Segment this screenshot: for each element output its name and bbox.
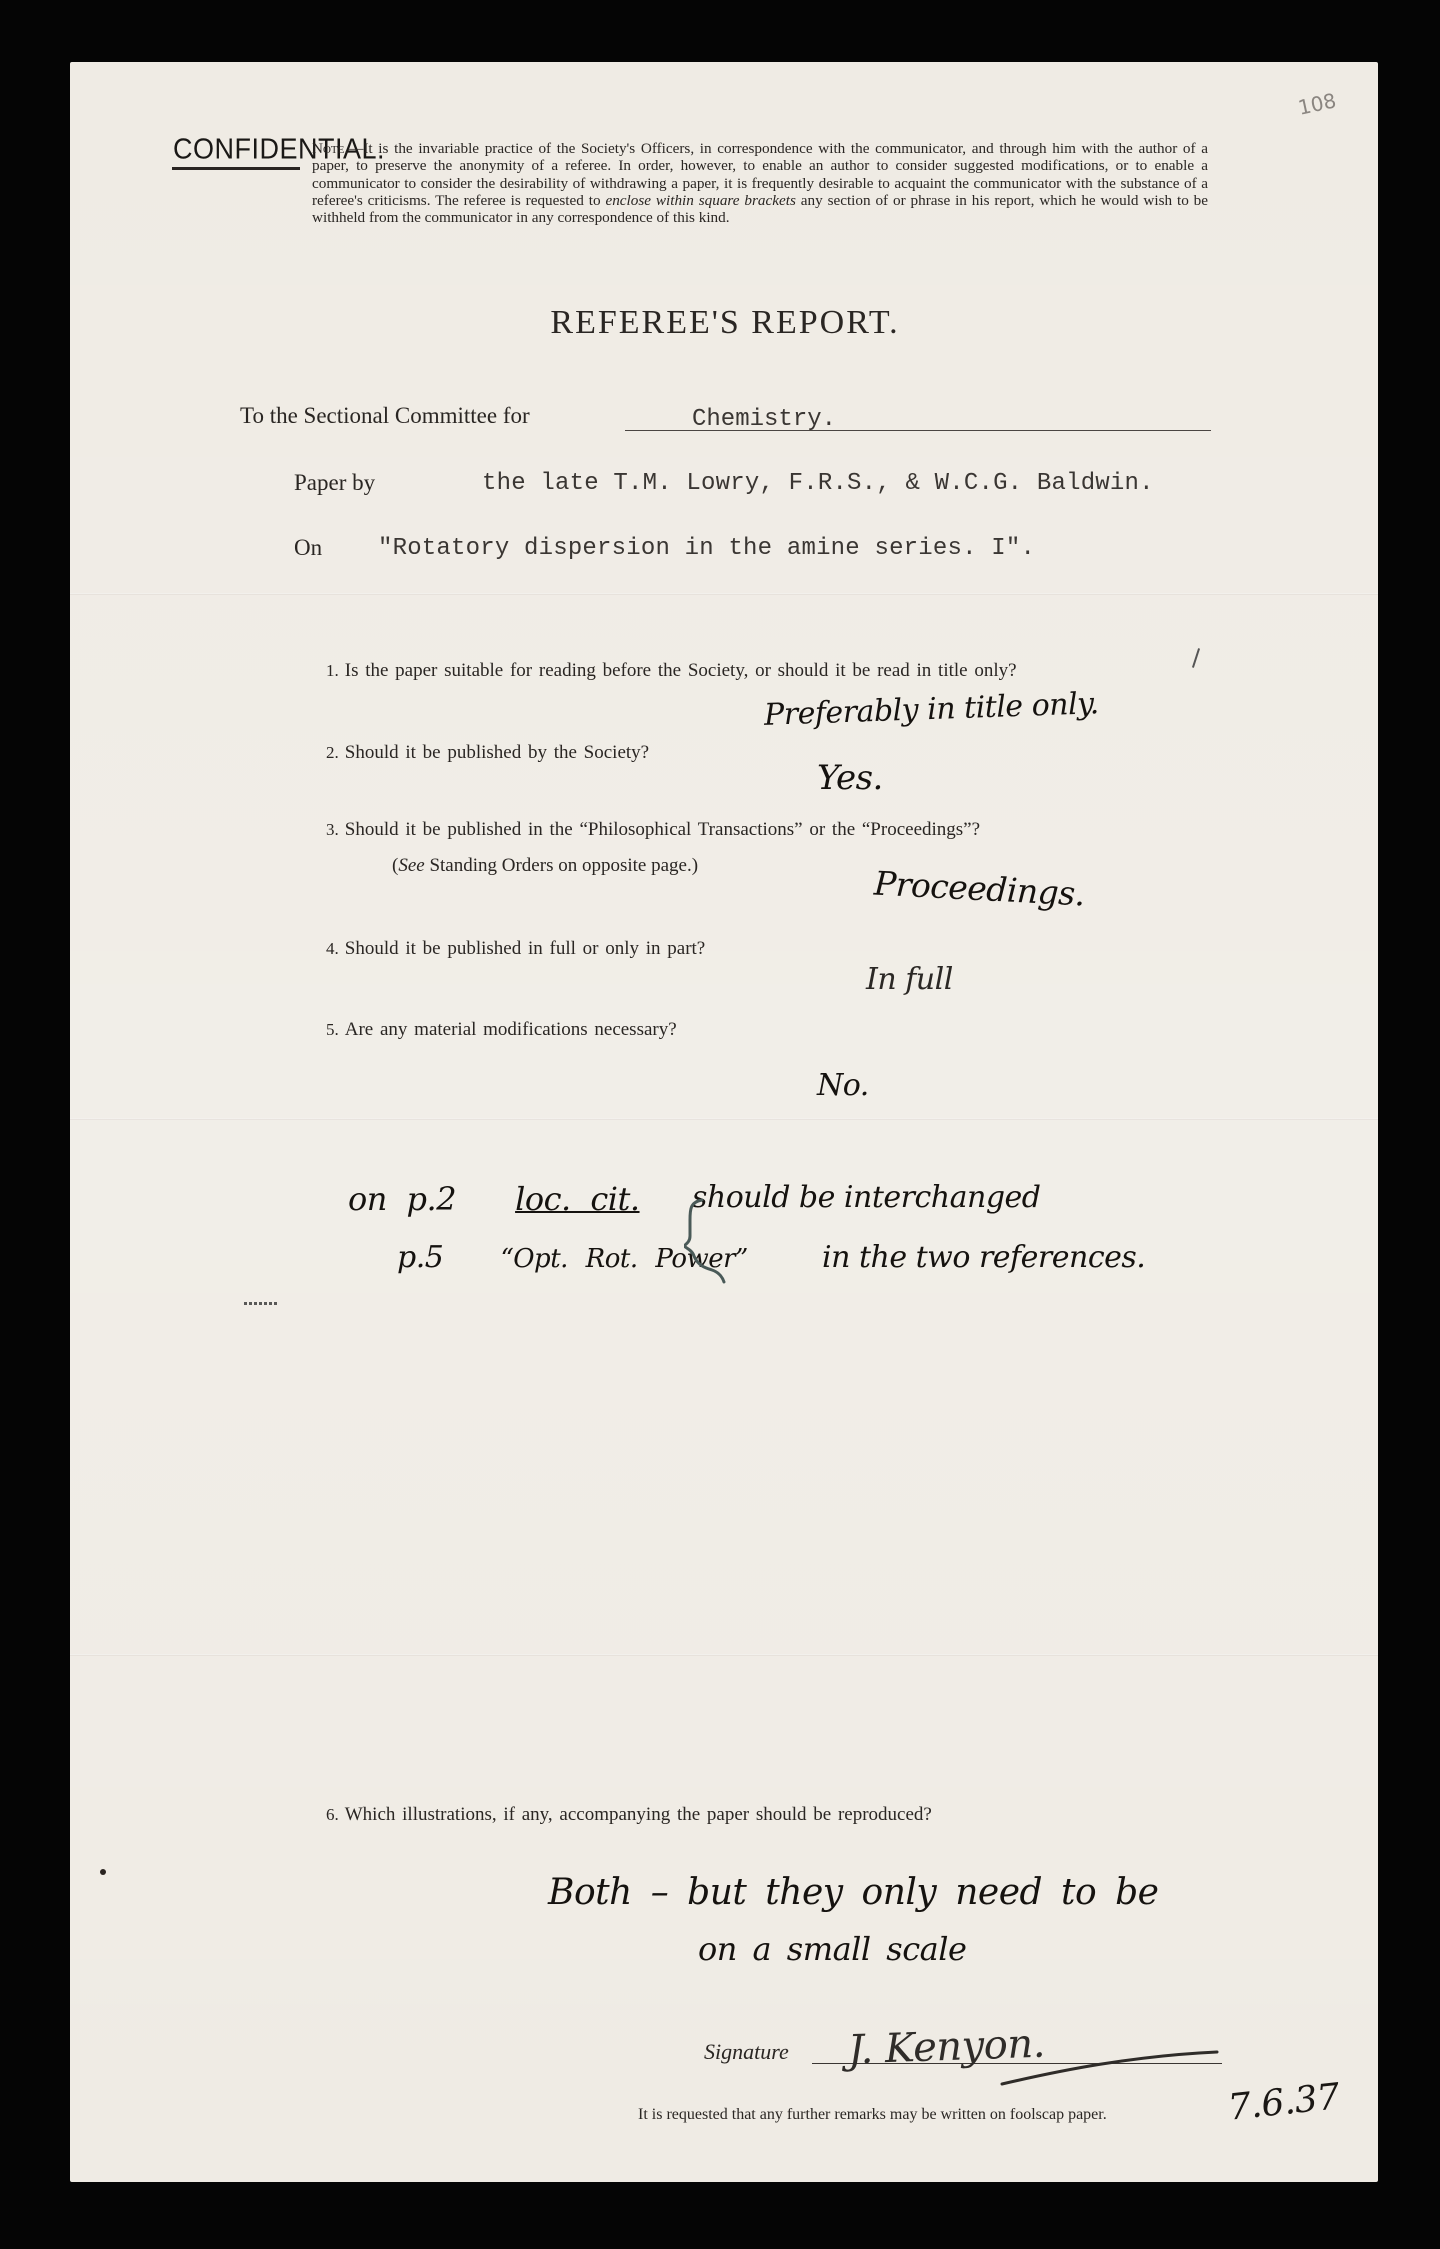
question-1: 1.Is the paper suitable for reading befo…: [326, 660, 1017, 682]
paper-by-label: Paper by: [294, 470, 375, 496]
fold-line: [70, 1654, 1378, 1656]
fold-line: [70, 1118, 1378, 1120]
question-6: 6.Which illustrations, if any, accompany…: [326, 1804, 932, 1826]
footnote: It is requested that any further remarks…: [638, 2106, 1107, 2124]
answer-5: No.: [817, 1068, 869, 1103]
paper-by-value: the late T.M. Lowry, F.R.S., & W.C.G. Ba…: [482, 470, 1154, 497]
confidentiality-note: Note.—It is the invariable practice of t…: [312, 140, 1208, 226]
remark-line-1-tail: should be interchanged: [692, 1180, 1041, 1215]
referee-report-sheet: [70, 62, 1378, 2182]
signature-flourish: [992, 2048, 1222, 2088]
confidential-underline: [172, 167, 300, 170]
note-label: Note.: [312, 140, 348, 157]
paper-title-value: "Rotatory dispersion in the amine series…: [378, 535, 1035, 562]
remark-line-1: on p.2 loc. cit.: [348, 1180, 640, 1218]
margin-dots: [244, 1302, 278, 1305]
remark-line-2-tail: in the two references.: [822, 1240, 1145, 1275]
question-4: 4.Should it be published in full or only…: [326, 938, 705, 960]
question-3: 3.Should it be published in the “Philoso…: [326, 819, 980, 841]
answer-4: In full: [866, 962, 953, 997]
answer-2: Yes.: [817, 758, 883, 798]
answer-6-line-2: on a small scale: [698, 1930, 966, 1968]
ink-dot: [100, 1869, 106, 1875]
question-2: 2.Should it be published by the Society?: [326, 742, 649, 764]
committee-value: Chemistry.: [692, 406, 836, 433]
question-5: 5.Are any material modifications necessa…: [326, 1019, 677, 1041]
question-3-note: (See Standing Orders on opposite page.): [392, 855, 698, 877]
fold-line: [70, 593, 1378, 595]
page-title: REFEREE'S REPORT.: [0, 304, 1440, 342]
signature-label: Signature: [704, 2039, 789, 2065]
brace-icon: [684, 1196, 728, 1286]
paper-title-label: On: [294, 535, 322, 561]
note-emphasis: enclose within square brackets: [605, 192, 795, 209]
committee-label: To the Sectional Committee for: [240, 403, 530, 429]
answer-6-line-1: Both – but they only need to be: [548, 1872, 1158, 1913]
